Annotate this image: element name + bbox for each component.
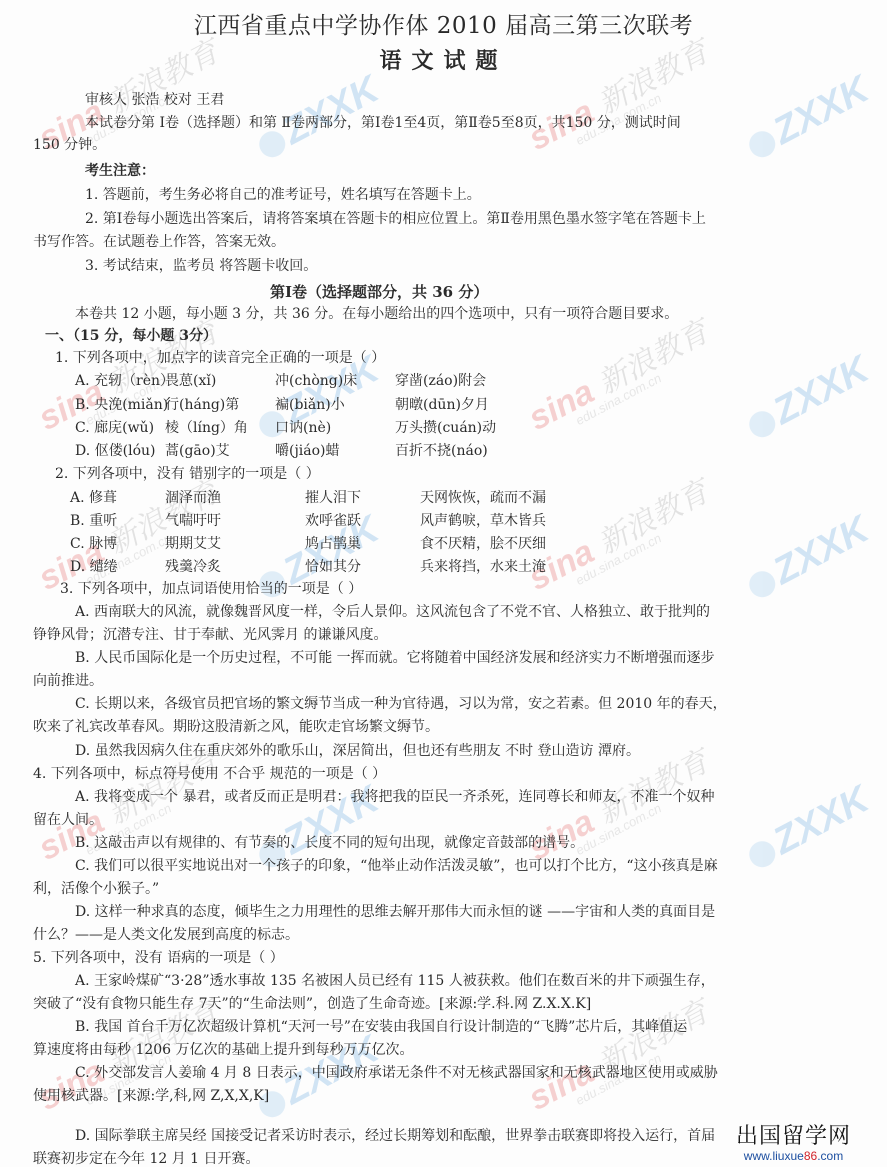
- question-2-option-d: D. 缱绻残羹冷炙恰如其分兵来将挡，水来土淹: [70, 558, 546, 576]
- question-5-text: 联赛初步定在今年 12 月 1 日开赛。: [33, 1150, 260, 1167]
- intro-line-1: 本试卷分第 Ⅰ卷（选择题）和第 Ⅱ卷两部分，第Ⅰ卷1至4页，第Ⅱ卷5至8页，共1…: [85, 114, 681, 132]
- question-4-text: 什么？——是人类文化发展到高度的标志。: [33, 926, 299, 944]
- intro-line-2: 150 分钟。: [33, 136, 106, 154]
- zxxk-watermark: ZXXK: [740, 68, 876, 168]
- section-heading: 第Ⅰ卷（选择题部分，共 36 分）: [270, 283, 488, 301]
- question-5-text: D. 国际拳联主席吴经 国接受记者采访时表示，经过长期筹划和酝酿，世界拳击联赛即…: [75, 1127, 715, 1145]
- question-4-text: 留在人间。: [33, 811, 103, 829]
- question-5-text: A. 王家岭煤矿“3·28”透水事故 135 名被困人员已经有 115 人被获救…: [75, 972, 715, 990]
- sina-watermark: sina 新浪教育edu.sina.com.cn: [520, 307, 719, 447]
- question-1-stem: 1. 下列各项中，加点字的读音完全正确的一项是（ ）: [55, 349, 385, 367]
- question-1-option-c: C. 廊庑(wǔ)棱（líng）角口讷(nè)万头攒(cuán)动: [75, 419, 496, 437]
- notice-item: 3. 考试结束，监考员 将答题卡收回。: [85, 257, 317, 275]
- question-5-text: 算速度将由每秒 1206 万亿次的基础上提升到每秒万万亿次。: [33, 1041, 414, 1059]
- reviewers: 审核人 张浩 校对 王君: [85, 91, 224, 109]
- question-4-text: D. 这样一种求真的态度，倾毕生之力用理性的思维去解开那伟大而永恒的谜 ——宇宙…: [75, 903, 715, 921]
- question-4-stem: 4. 下列各项中，标点符号使用 不合乎 规范的一项是（ ）: [33, 765, 386, 783]
- question-5-text: C. 外交部发言人姜瑜 4 月 8 日表示，中国政府承诺无条件不对无核武器国家和…: [75, 1064, 718, 1082]
- logo-url: www.liuxue86.com: [736, 1149, 851, 1163]
- question-5-text: 突破了“没有食物只能生存 7天”的“生命法则”，创造了生命奇迹。[来源:学.科.…: [33, 995, 591, 1013]
- notice-item: 2. 第Ⅰ卷每小题选出答案后，请将答案填在答题卡的相应位置上。第Ⅱ卷用黑色墨水签…: [85, 210, 706, 228]
- liuxue86-logo[interactable]: 出国留学网 www.liuxue86.com: [736, 1125, 851, 1163]
- question-2-option-c: C. 脉博期期艾艾鸠占鹊巢食不厌精，脍不厌细: [70, 535, 546, 553]
- part-heading: 一、（15 分，每小题 3分）: [45, 327, 217, 345]
- question-2-stem: 2. 下列各项中，没有 错别字的一项是（ ）: [55, 465, 320, 483]
- notice-heading: 考生注意：: [85, 162, 155, 180]
- question-5-stem: 5. 下列各项中，没有 语病的一项是（ ）: [33, 949, 284, 967]
- question-2-option-b: B. 重听气喘吁吁欢呼雀跃风声鹤唳，草木皆兵: [70, 512, 546, 530]
- sina-watermark: sina 新浪教育edu.sina.com.cn: [520, 467, 719, 607]
- question-1-option-b: B. 央浼(miǎn)行(háng)第褊(biǎn)小朝暾(dūn)夕月: [75, 396, 489, 414]
- logo-name: 出国留学网: [736, 1125, 851, 1149]
- zxxk-watermark: ZXXK: [740, 778, 876, 878]
- exam-subject: 语文试题: [0, 52, 887, 70]
- question-3-text: 铮铮风骨；沉潜专注、甘于奉献、光风霁月 的谦谦风度。: [33, 626, 387, 644]
- notice-item: 1. 答题前，考生务必将自己的准考证号，姓名填写在答题卡上。: [85, 186, 481, 204]
- question-3-stem: 3. 下列各项中，加点词语使用恰当的一项是（ ）: [60, 580, 362, 598]
- question-3-text: 向前推进。: [33, 672, 103, 690]
- question-4-text: C. 我们可以很平实地说出对一个孩子的印象，“他举止动作活泼灵敏”，也可以打个比…: [75, 857, 718, 875]
- question-1-option-a: A. 充轫（rèn）畏葸(xǐ)冲(chòng)床穿凿(záo)附会: [75, 372, 486, 390]
- zxxk-watermark: ZXXK: [740, 508, 876, 608]
- question-1-option-d: D. 伛偻(lóu)蒿(gāo)艾嚼(jiáo)蜡百折不挠(náo): [75, 442, 488, 460]
- question-3-text: D. 虽然我因病久住在重庆郊外的歌乐山，深居简出，但也还有些朋友 不时 登山造访…: [75, 742, 640, 760]
- question-5-text: B. 我国 首台千万亿次超级计算机“天河一号”在安装由我国自行设计制造的“飞腾”…: [75, 1018, 687, 1036]
- question-4-text: 利，活像个小猴子。”: [33, 880, 159, 898]
- question-3-text: B. 人民币国际化是一个历史过程，不可能 一挥而就。它将随着中国经济发展和经济实…: [75, 649, 715, 667]
- zxxk-watermark: ZXXK: [740, 348, 876, 448]
- question-3-text: 吹来了礼宾改革春风。期盼这股清新之风，能吹走官场繁文缛节。: [33, 718, 439, 736]
- question-3-text: A. 西南联大的风流，就像魏晋风度一样，令后人景仰。这风流包含了不党不官、人格独…: [75, 603, 710, 621]
- question-5-text: 使用核武器。[来源:学,科,网 Z,X,X,K]: [33, 1087, 269, 1105]
- question-4-text: A. 我将变成一个 暴君，或者反而正是明君：我将把我的臣民一齐杀死，连同尊长和师…: [75, 788, 714, 806]
- section-description: 本卷共 12 小题，每小题 3 分，共 36 分。在每小题给出的四个选项中，只有…: [75, 305, 678, 323]
- question-3-text: C. 长期以来，各级官员把官场的繁文缛节当成一种为官待遇，习以为常，安之若素。但…: [75, 695, 727, 713]
- notice-item: 书写作答。在试题卷上作答，答案无效。: [33, 233, 285, 251]
- question-4-text: B. 这敲击声以有规律的、有节奏的、长度不同的短句出现，就像定音鼓部的谱号。: [75, 834, 584, 852]
- sina-watermark: sina 新浪教育edu.sina.com.cn: [520, 27, 719, 167]
- exam-title: 江西省重点中学协作体 2010 届高三第三次联考: [0, 12, 887, 40]
- question-2-option-a: A. 修葺涸泽而渔摧人泪下天网恢恢，疏而不漏: [70, 489, 546, 507]
